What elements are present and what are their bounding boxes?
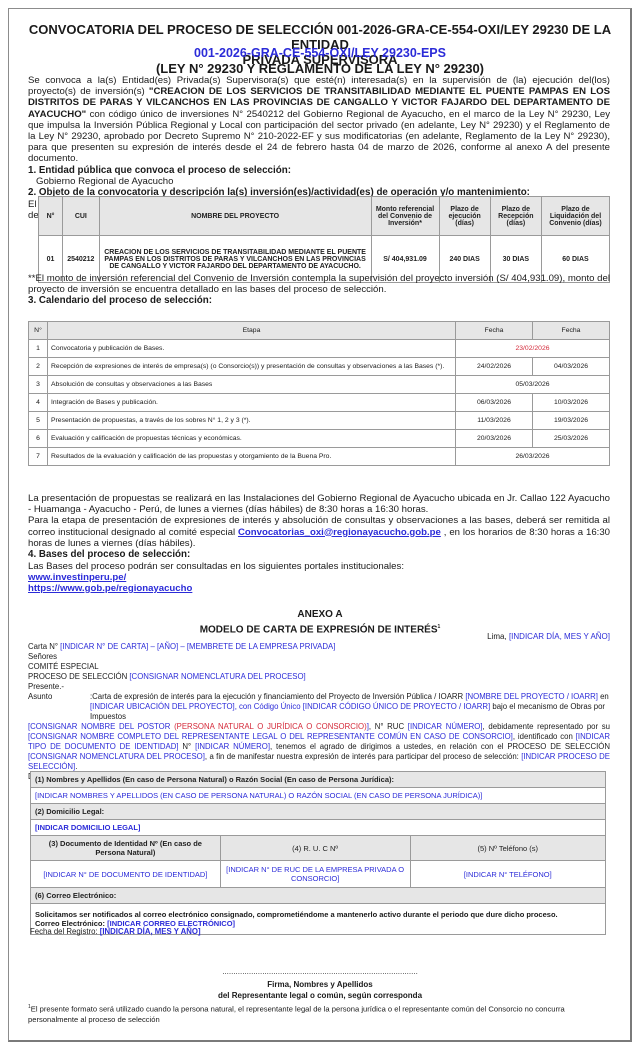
address-field-label: (2) Domicilio Legal: — [31, 804, 606, 820]
stage-start-date: 06/03/2026 — [456, 394, 533, 412]
stage-end-date: 10/03/2026 — [533, 394, 610, 412]
gob-regionayacucho-link[interactable]: https://www.gob.pe/regionayacucho — [28, 583, 610, 594]
email-paragraph: Para la etapa de presentación de expresi… — [28, 515, 610, 549]
email-field-label: (6) Correo Electrónico: — [31, 888, 606, 904]
signature-label-1: Firma, Nombres y Apellidos — [10, 980, 630, 989]
section-2-note-block: **El monto de inversión referencial del … — [28, 273, 610, 307]
investinperu-link[interactable]: www.investinperu.pe/ — [28, 572, 610, 583]
row-number: 6 — [29, 430, 48, 448]
stage-start-date: 11/03/2026 — [456, 412, 533, 430]
row-number: 1 — [29, 340, 48, 358]
table-row: 7Resultados de la evaluación y calificac… — [29, 448, 610, 466]
phone-label: (5) Nº Teléfono (s) — [410, 836, 606, 861]
presentation-paragraph: La presentación de propuestas se realiza… — [28, 493, 610, 515]
calendar-table-header: N° Etapa Fecha Fecha — [29, 322, 610, 340]
carta-number-line: Carta N° [INDICAR N° DE CARTA] – [AÑO] –… — [28, 642, 610, 652]
stage-name: Absolución de consultas y observaciones … — [48, 376, 456, 394]
asunto-line: Asunto :Carta de expresión de interés pa… — [28, 692, 610, 722]
annex-title-line-1: ANEXO A — [10, 608, 630, 621]
calendar-table: N° Etapa Fecha Fecha 1Convocatoria y pub… — [28, 321, 610, 466]
place-date-line: Lima, [INDICAR DÍA, MES Y AÑO] — [487, 632, 610, 641]
row-number: 5 — [29, 412, 48, 430]
committee-email-link[interactable]: Convocatorias_oxi@regionayacucho.gob.pe — [238, 527, 441, 538]
section-4-heading: 4. Bases del proceso de selección: — [28, 549, 610, 561]
letter-header: Carta N° [INDICAR N° DE CARTA] – [AÑO] –… — [28, 642, 610, 782]
address-field[interactable]: [INDICAR DOMICILIO LEGAL] — [31, 820, 606, 836]
table-row: 3Absolución de consultas y observaciones… — [29, 376, 610, 394]
stage-date: 26/03/2026 — [456, 448, 610, 466]
row-number: 4 — [29, 394, 48, 412]
signature-label-2: del Representante legal o común, según c… — [10, 991, 630, 1000]
document-subtitle: (LEY N° 29230 Y REGLAMENTO DE LA LEY N° … — [10, 61, 630, 76]
registration-date-field[interactable]: [INDICAR DÍA, MES Y AÑO] — [100, 927, 201, 936]
stage-name: Integración de Bases y publicación. — [48, 394, 456, 412]
stage-end-date: 25/03/2026 — [533, 430, 610, 448]
name-field-label: (1) Nombres y Apellidos (En caso de Pers… — [31, 772, 606, 788]
project-table: N° CUI NOMBRE DEL PROYECTO Monto referen… — [38, 196, 610, 283]
stage-name: Resultados de la evaluación y calificaci… — [48, 448, 456, 466]
stage-end-date: 04/03/2026 — [533, 358, 610, 376]
stage-start-date: 20/03/2026 — [456, 430, 533, 448]
presente-line: Presente.- — [28, 682, 610, 692]
proceso-line: PROCESO DE SELECCIÓN [CONSIGNAR NOMENCLA… — [28, 672, 610, 682]
letter-body: [CONSIGNAR NOMBRE DEL POSTOR (PERSONA NA… — [28, 722, 610, 772]
stage-name: Presentación de propuestas, a través de … — [48, 412, 456, 430]
table-row: 6Evaluación y calificación de propuestas… — [29, 430, 610, 448]
section-1-value: Gobierno Regional de Ayacucho — [28, 176, 610, 187]
stage-name: Recepción de expresiones de interés de e… — [48, 358, 456, 376]
project-table-header: N° CUI NOMBRE DEL PROYECTO Monto referen… — [39, 197, 610, 236]
stage-start-date: 24/02/2026 — [456, 358, 533, 376]
investment-note: **El monto de inversión referencial del … — [28, 273, 610, 295]
section-4-text: Las Bases del proceso podrán ser consult… — [28, 561, 610, 572]
presentation-section: La presentación de propuestas se realiza… — [28, 493, 610, 594]
stage-name: Convocatoria y publicación de Bases. — [48, 340, 456, 358]
intro-paragraph: Se convoca a la(s) Entidad(es) Privada(s… — [28, 75, 610, 165]
table-row: 5Presentación de propuestas, a través de… — [29, 412, 610, 430]
participant-form: (1) Nombres y Apellidos (En caso de Pers… — [30, 771, 606, 935]
name-field[interactable]: [INDICAR NOMBRES Y APELLIDOS (EN CASO DE… — [31, 788, 606, 804]
table-row: 1Convocatoria y publicación de Bases.23/… — [29, 340, 610, 358]
section-3-heading: 3. Calendario del proceso de selección: — [28, 295, 610, 307]
table-row: 4Integración de Bases y publicación.06/0… — [29, 394, 610, 412]
senores-line: Señores — [28, 652, 610, 662]
email-notification-text: Solicitamos ser notificados al correo el… — [35, 910, 601, 919]
row-number: 3 — [29, 376, 48, 394]
footnote: 1El presente formato será utilizado cuan… — [28, 1002, 608, 1025]
phone-field[interactable]: [INDICAR N° TELÉFONO] — [410, 861, 606, 888]
place-date-placeholder: [INDICAR DÍA, MES Y AÑO] — [509, 632, 610, 641]
process-code: 001-2026-GRA-CE-554-OXI/LEY 29230-EPS — [10, 46, 630, 60]
ruc-field[interactable]: [INDICAR N° DE RUC DE LA EMPRESA PRIVADA… — [220, 861, 410, 888]
row-number: 2 — [29, 358, 48, 376]
stage-end-date: 19/03/2026 — [533, 412, 610, 430]
registration-date-line: Fecha del Registro: [INDICAR DÍA, MES Y … — [30, 927, 201, 936]
row-number: 7 — [29, 448, 48, 466]
table-row: 2Recepción de expresiones de interés de … — [29, 358, 610, 376]
comite-line: COMITÉ ESPECIAL — [28, 662, 610, 672]
section-1-heading: 1. Entidad pública que convoca el proces… — [28, 165, 610, 177]
id-document-label: (3) Documento de Identidad Nº (En caso d… — [31, 836, 221, 861]
signature-line: ........................................… — [10, 967, 630, 976]
stage-date: 23/02/2026 — [456, 340, 610, 358]
stage-name: Evaluación y calificación de propuestas … — [48, 430, 456, 448]
ruc-label: (4) R. U. C Nº — [220, 836, 410, 861]
id-document-field[interactable]: [INDICAR N° DE DOCUMENTO DE IDENTIDAD] — [31, 861, 221, 888]
stage-date: 05/03/2026 — [456, 376, 610, 394]
